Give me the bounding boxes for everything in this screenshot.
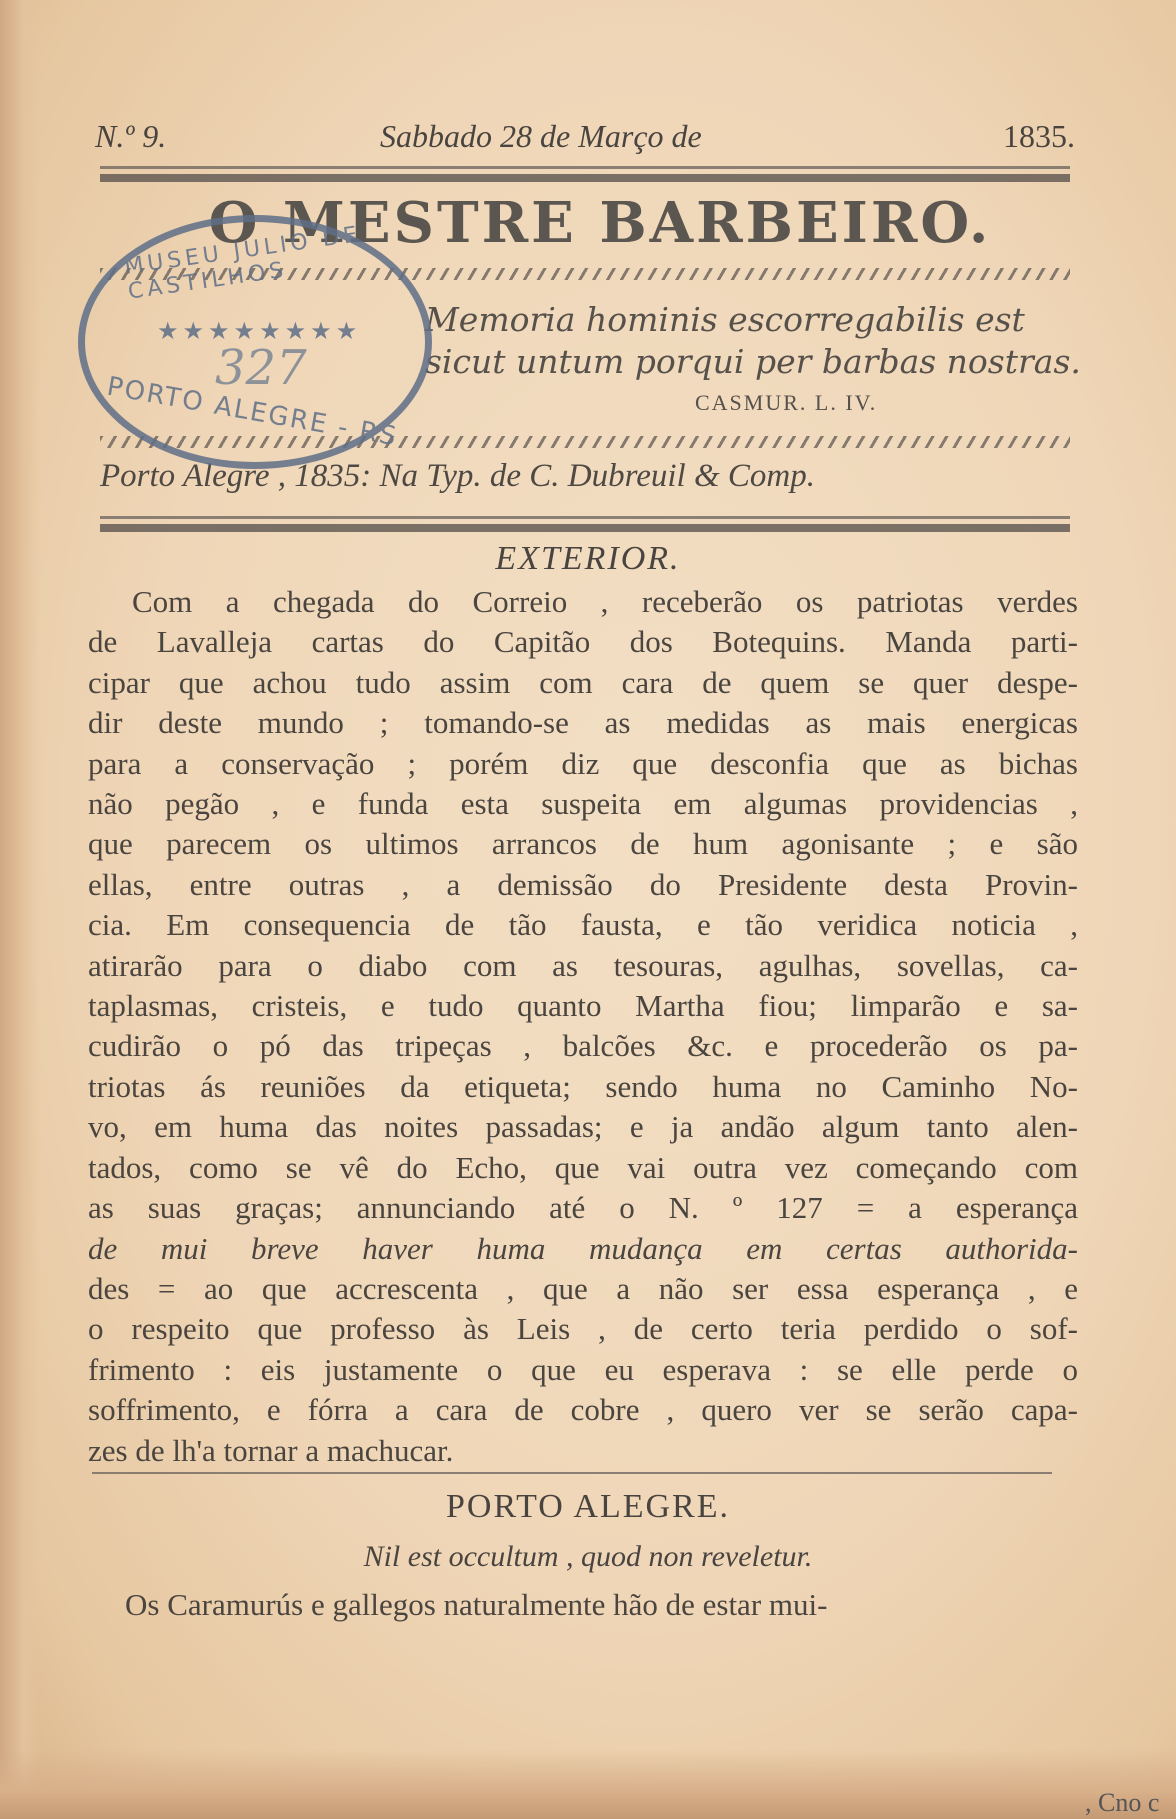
section-divider [92, 1472, 1052, 1474]
article-line: vo, em huma das noites passadas; e ja an… [88, 1107, 1078, 1147]
article-exterior: Com a chegada do Correio , receberão os … [88, 582, 1078, 1471]
bottom-fragment-text: , Cno c [1085, 1788, 1159, 1818]
article-line: Os Caramurús e gallegos naturalmente hão… [125, 1585, 1075, 1625]
motto-line-2: sicut untum porqui per barbas nostras. [425, 342, 1081, 381]
article-line: não pegão , e funda esta suspeita em alg… [88, 784, 1078, 824]
article-line: que parecem os ultimos arrancos de hum a… [88, 824, 1078, 864]
epigraph: Nil est occultum , quod non reveletur. [0, 1540, 1176, 1574]
masthead-rule-thick [100, 524, 1070, 532]
article-line: cipar que achou tudo assim com cara de q… [88, 663, 1078, 703]
article-porto-alegre: Os Caramurús e gallegos naturalmente hão… [125, 1585, 1075, 1625]
article-line: de mui breve haver huma mudança em certa… [88, 1229, 1078, 1269]
section-heading-exterior: EXTERIOR. [0, 540, 1176, 578]
issue-year: 1835. [1003, 118, 1075, 155]
article-line: des = ao que accrescenta , que a não ser… [88, 1269, 1078, 1309]
stamp-number: 327 [215, 340, 307, 396]
article-line: cia. Em consequencia de tão fausta, e tã… [88, 905, 1078, 945]
stamp-top-text: MUSEU JULIO DE CASTILHOS [123, 213, 427, 304]
top-rule-thick [100, 174, 1070, 182]
article-line: frimento : eis justamente o que eu esper… [88, 1350, 1078, 1390]
article-line: soffrimento, e fórra a cara de cobre , q… [88, 1390, 1078, 1430]
article-line: as suas graças; annunciando até o N. º 1… [88, 1188, 1078, 1228]
article-line: para a conservação ; porém diz que desco… [88, 744, 1078, 784]
dateline: N.º 9. Sabbado 28 de Março de 1835. [95, 118, 1075, 158]
issue-number: N.º 9. [95, 118, 166, 155]
museum-stamp: MUSEU JULIO DE CASTILHOS ★★★★★★★★ 327 PO… [78, 215, 432, 469]
article-line: de Lavalleja cartas do Capitão dos Boteq… [88, 622, 1078, 662]
motto-line-1: Memoria hominis escorregabilis est [425, 300, 1025, 339]
masthead-rule-thin [100, 516, 1070, 519]
article-line: taplasmas, cristeis, e tudo quanto Marth… [88, 986, 1078, 1026]
article-line: zes de lh'a tornar a machucar. [88, 1431, 1078, 1471]
article-line: dir deste mundo ; tomando-se as medidas … [88, 703, 1078, 743]
article-line: Com a chegada do Correio , receberão os … [88, 582, 1078, 622]
article-line: triotas ás reuniões da etiqueta; sendo h… [88, 1067, 1078, 1107]
issue-date: Sabbado 28 de Março de [380, 118, 702, 155]
top-rule-thin [100, 166, 1070, 169]
article-line: tados, como se vê do Echo, que vai outra… [88, 1148, 1078, 1188]
article-line: o respeito que professo às Leis , de cer… [88, 1309, 1078, 1349]
section-heading-porto-alegre: PORTO ALEGRE. [0, 1488, 1176, 1526]
paper-bottom-edge [0, 1749, 1176, 1819]
article-line: ellas, entre outras , a demissão do Pres… [88, 865, 1078, 905]
motto-attribution: CASMUR. L. IV. [695, 390, 877, 416]
article-line: atirarão para o diabo com as tesouras, a… [88, 946, 1078, 986]
article-line: cudirão o pó das tripeças , balcões &c. … [88, 1026, 1078, 1066]
